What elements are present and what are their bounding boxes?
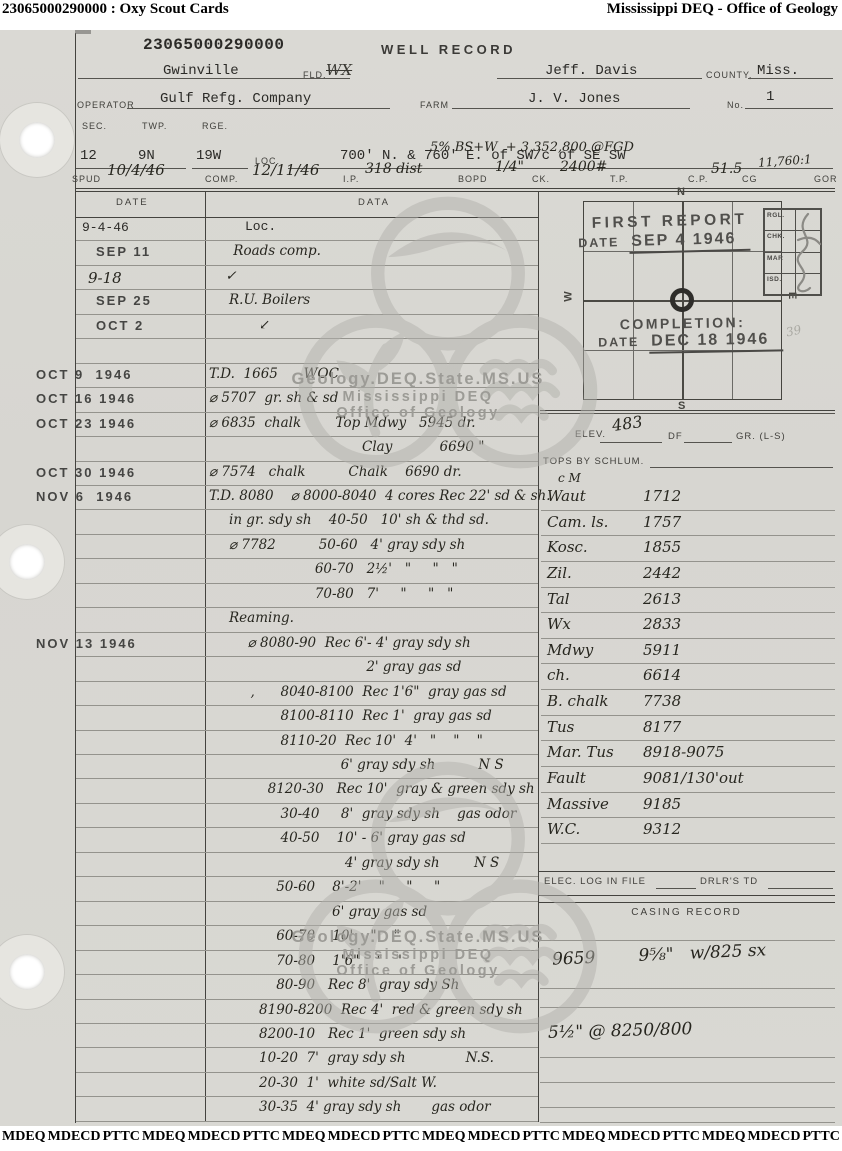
log-date	[76, 1048, 225, 1071]
formation-depth: 2833	[643, 613, 681, 638]
formation-depth: 8177	[643, 716, 681, 741]
log-row: 8190-8200 Rec 4' red & green sdy sh	[76, 1000, 538, 1024]
log-row: , 8040-8100 Rec 1'6" gray gas sd	[76, 682, 538, 706]
log-date	[76, 902, 225, 925]
formation-name: B. chalk	[541, 690, 643, 715]
bopd-label: BOPD	[458, 174, 488, 184]
field-value: Gwinville	[163, 63, 239, 79]
comp-label: COMP.	[205, 174, 238, 184]
tops-row: Mdwy5911	[541, 639, 835, 665]
formation-depth: 6614	[643, 664, 681, 689]
gr-label: GR. (L-S)	[736, 431, 786, 442]
footer-item: PTTC	[383, 1129, 420, 1145]
hole-punch	[0, 102, 75, 178]
footer-item: MDEQ	[562, 1129, 606, 1145]
log-entry: 6' gray sdy sh N S	[225, 755, 538, 778]
pencil-note: 39	[785, 323, 803, 340]
log-date	[76, 682, 225, 705]
log-entry: R.U. Boilers	[225, 290, 538, 313]
log-row: 40-50 10' - 6' gray gas sd	[76, 828, 538, 852]
log-date	[76, 853, 225, 876]
date-column-header: DATE	[116, 197, 149, 208]
formation-depth: 5911	[643, 639, 681, 664]
footer-item: MDEQ	[282, 1129, 326, 1145]
cg-label: CG	[742, 174, 758, 184]
rule	[78, 78, 350, 79]
log-date	[76, 706, 225, 729]
first-report-date: SEP 4 1946	[629, 230, 751, 254]
log-row: OCT 30 1946⌀ 7574 chalk Chalk 6690 dr.	[76, 462, 538, 486]
rule	[650, 467, 833, 468]
gor-label: GOR	[814, 174, 838, 184]
log-entry: 20-30 1' white sd/Salt W.	[225, 1073, 538, 1096]
log-entry: 60-70 10' " "	[225, 926, 538, 949]
casing-entry: 5½" @ 8250/800	[548, 1019, 693, 1043]
log-entry: ⌀ 8080-90 Rec 6'- 4' gray sdy sh	[205, 633, 538, 656]
log-date	[76, 1024, 225, 1047]
log-row: 60-70 2½' " " "	[76, 559, 538, 583]
log-entry: ⌀ 7574 chalk Chalk 6690 dr.	[205, 462, 538, 485]
formation-depth: 9081/130'out	[643, 767, 744, 792]
viewer-header-left: 23065000290000 : Oxy Scout Cards	[2, 1, 229, 18]
log-row	[76, 339, 538, 363]
hole-punch	[0, 934, 65, 1010]
rule	[192, 168, 248, 169]
rule	[540, 940, 835, 941]
production-note: 5% BS+W + 3,352,800 @FGD	[430, 140, 634, 155]
log-entry: ✓	[217, 266, 538, 289]
log-entry: 80-90 Rec 8' gray sdy Sh	[225, 975, 538, 998]
log-row: 8110-20 Rec 10' 4' " " "	[76, 731, 538, 755]
compass-n: N	[677, 186, 686, 198]
rule	[684, 442, 732, 443]
log-entry: 8200-10 Rec 1' green sdy sh	[225, 1024, 538, 1047]
log-entry: 30-40 8' gray sdy sh gas odor	[225, 804, 538, 827]
bopd-value: 1/4"	[495, 159, 524, 175]
farm-value: J. V. Jones	[528, 91, 620, 107]
log-row: OCT 16 1946⌀ 5707 gr. sh & sd	[76, 388, 538, 412]
log-entry: , 8040-8100 Rec 1'6" gray gas sd	[225, 682, 538, 705]
tops-row: Zil.2442	[541, 562, 835, 588]
rule	[127, 108, 390, 109]
sec-value: 12	[80, 148, 97, 164]
tops-header: TOPS BY SCHLUM.	[543, 456, 644, 467]
tops-row: Tal2613	[541, 588, 835, 614]
completion-stamp: COMPLETION: DATE DEC 18 1946	[598, 313, 784, 354]
ip-value: 318 dist	[365, 161, 422, 177]
footer-item: MDECD	[328, 1129, 381, 1145]
log-row: SEP 11 Roads comp.	[76, 241, 538, 265]
formation-name: Kosc.	[541, 536, 643, 561]
panel-rule	[538, 871, 835, 872]
log-date: 9-4-46	[76, 217, 211, 240]
log-entry: ⌀ 6835 chalk Top Mdwy 5945 dr.	[205, 413, 538, 436]
tops-row: W.C.9312	[541, 818, 835, 844]
footer-item: PTTC	[243, 1129, 280, 1145]
log-entry: 2' gray gas sd	[225, 657, 538, 680]
formation-depth: 1855	[643, 536, 681, 561]
log-row: 30-40 8' gray sdy sh gas odor	[76, 804, 538, 828]
footer-item: PTTC	[803, 1129, 840, 1145]
log-row: 6' gray gas sd	[76, 902, 538, 926]
completion-title: COMPLETION:	[620, 313, 783, 332]
log-row: 9-4-46Loc.	[76, 217, 538, 241]
footer-item: MDECD	[188, 1129, 241, 1145]
well-number: 23065000290000	[143, 36, 284, 54]
log-row: 70-80 1'6" " "	[76, 951, 538, 975]
rge-value: 19W	[196, 148, 221, 164]
log-date	[76, 559, 225, 582]
log-date	[76, 779, 225, 802]
log-row: 9-18 ✓	[76, 266, 538, 290]
elev-label: ELEV.	[575, 429, 606, 440]
tops-row: Wx2833	[541, 613, 835, 639]
tops-row: B. chalk7738	[541, 690, 835, 716]
log-date	[76, 951, 225, 974]
tops-row: Tus8177	[541, 716, 835, 742]
log-entry: 8190-8200 Rec 4' red & green sdy sh	[225, 1000, 538, 1023]
log-entry: 10-20 7' gray sdy sh N.S.	[225, 1048, 538, 1071]
log-row: SEP 25R.U. Boilers	[76, 290, 538, 314]
formation-name: Tus	[541, 716, 643, 741]
elec-log-label: ELEC. LOG IN FILE	[544, 876, 646, 887]
tp-label: T.P.	[610, 174, 628, 184]
log-rows: 9-4-46Loc.SEP 11 Roads comp.9-18 ✓SEP 25…	[76, 217, 538, 1122]
elev-value: 483	[611, 412, 644, 435]
tops-row: Massive9185	[541, 793, 835, 819]
formation-name: Wx	[541, 613, 643, 638]
log-entry: 70-80 1'6" " "	[225, 951, 538, 974]
log-row: OCT 9 1946T.D. 1665 WOC	[76, 364, 538, 388]
sec-label: SEC.	[82, 121, 107, 131]
well-no-value: 1	[766, 89, 774, 105]
tops-row: Fault9081/130'out	[541, 767, 835, 793]
footer-item: PTTC	[663, 1129, 700, 1145]
log-date	[76, 657, 225, 680]
log-date	[76, 584, 225, 607]
footer-item: PTTC	[103, 1129, 140, 1145]
drlrs-td-label: DRLR'S TD	[700, 876, 758, 887]
log-date: NOV 13 1946	[36, 633, 205, 656]
completion-date-label: DATE	[598, 335, 639, 350]
ip-label: I.P.	[343, 174, 359, 184]
log-entry: ⌀ 5707 gr. sh & sd	[205, 388, 538, 411]
footer-item: PTTC	[523, 1129, 560, 1145]
log-row: in gr. sdy sh 40-50 10' sh & thd sd.	[76, 510, 538, 534]
log-date	[76, 731, 225, 754]
tops-annotation: c M	[558, 471, 581, 485]
log-date	[76, 1000, 225, 1023]
formation-depth: 2442	[643, 562, 681, 587]
log-date	[76, 1073, 225, 1096]
spud-value: 10/4/46	[107, 161, 165, 179]
viewer-header-right: Mississippi DEQ - Office of Geology	[607, 1, 838, 18]
formation-name: Mdwy	[541, 639, 643, 664]
log-row: ⌀ 7782 50-60 4' gray sdy sh	[76, 535, 538, 559]
log-entry: Clay 6690 "	[225, 437, 538, 460]
log-date: NOV 6 1946	[36, 486, 205, 509]
log-date	[76, 339, 225, 362]
scanned-well-record-page: 23065000290000 : Oxy Scout Cards Mississ…	[0, 0, 842, 1151]
log-date	[76, 437, 225, 460]
rule	[540, 1057, 835, 1058]
table-top-rule	[75, 191, 835, 192]
hole-punch-hole	[9, 954, 45, 990]
county-label: COUNTY,	[706, 70, 752, 80]
scan-paper: 23065000290000 WELL RECORD Gwinville FLD…	[0, 30, 842, 1126]
rule	[540, 1122, 835, 1123]
df-label: DF	[668, 431, 683, 442]
compass-w: W	[563, 290, 575, 301]
log-row: OCT 23 1946⌀ 6835 chalk Top Mdwy 5945 dr…	[76, 413, 538, 437]
well-location-symbol	[670, 288, 694, 312]
log-entry: in gr. sdy sh 40-50 10' sh & thd sd.	[225, 510, 538, 533]
log-date	[76, 877, 225, 900]
formation-name: Tal	[541, 588, 643, 613]
formation-depth: 2613	[643, 588, 681, 613]
log-row: NOV 13 1946 ⌀ 8080-90 Rec 6'- 4' gray sd…	[76, 633, 538, 657]
data-panel-divider	[538, 191, 539, 1122]
tops-row: Waut1712	[541, 485, 835, 511]
casing-record-header: CASING RECORD	[538, 907, 835, 918]
footer-item: MDECD	[468, 1129, 521, 1145]
completion-date: DEC 18 1946	[649, 330, 783, 353]
spud-label: SPUD	[72, 174, 101, 184]
log-entry: 30-35 4' gray sdy sh gas odor	[225, 1097, 538, 1120]
log-date	[76, 926, 225, 949]
rge-label: RGE.	[202, 121, 228, 131]
cp-label: C.P.	[688, 174, 708, 184]
rule	[540, 1007, 835, 1008]
panel-rule	[540, 413, 835, 414]
log-date	[76, 804, 225, 827]
cp-value: 51.5	[711, 161, 742, 177]
formation-depth: 1712	[643, 485, 681, 510]
log-date	[76, 535, 225, 558]
log-row: 8200-10 Rec 1' green sdy sh	[76, 1024, 538, 1048]
log-date: SEP 11	[76, 241, 225, 264]
rule	[745, 108, 833, 109]
log-entry: 8110-20 Rec 10' 4' " " "	[225, 731, 538, 754]
formation-depth: 9312	[643, 818, 681, 843]
log-row: 20-30 1' white sd/Salt W.	[76, 1073, 538, 1097]
county-value: Jeff. Davis	[545, 63, 637, 79]
log-entry: Roads comp.	[225, 241, 538, 264]
log-row: 8100-8110 Rec 1' gray gas sd	[76, 706, 538, 730]
formation-name: ch.	[541, 664, 643, 689]
log-entry: T.D. 8080 ⌀ 8000-8040 4 cores Rec 22' sd…	[205, 486, 551, 509]
log-row: 2' gray gas sd	[76, 657, 538, 681]
casing-entry: 9659 9⅝" w/825 sx	[552, 940, 767, 969]
tops-row: Kosc.1855	[541, 536, 835, 562]
hole-punch-hole	[9, 544, 45, 580]
log-row: 8120-30 Rec 10' gray & green sdy sh	[76, 779, 538, 803]
viewer-header: 23065000290000 : Oxy Scout Cards Mississ…	[2, 1, 838, 18]
log-date	[76, 755, 225, 778]
twp-label: TWP.	[142, 121, 167, 131]
log-entry: ⌀ 7782 50-60 4' gray sdy sh	[225, 535, 538, 558]
hole-punch-hole	[19, 122, 55, 158]
panel-rule	[538, 895, 835, 896]
log-date: OCT 2	[76, 315, 225, 338]
formation-name: Fault	[541, 767, 643, 792]
log-date: OCT 23 1946	[36, 413, 205, 436]
rule	[540, 1082, 835, 1083]
log-row: 70-80 7' " " "	[76, 584, 538, 608]
log-row: Reaming.	[76, 608, 538, 632]
rule	[600, 442, 662, 443]
data-column-header: DATA	[358, 197, 390, 208]
panel-rule	[538, 902, 835, 903]
table-top-rule	[75, 188, 835, 189]
rule	[452, 108, 690, 109]
tops-list: Waut1712Cam. ls.1757Kosc.1855Zil.2442Tal…	[541, 485, 835, 844]
log-entry	[225, 339, 538, 362]
rule	[656, 888, 696, 889]
log-entry: 60-70 2½' " " "	[225, 559, 538, 582]
log-date	[76, 510, 225, 533]
formation-depth: 8918-9075	[643, 741, 724, 766]
log-row: 50-60 8'-2' " " "	[76, 877, 538, 901]
formation-depth: 7738	[643, 690, 681, 715]
log-entry: 8100-8110 Rec 1' gray gas sd	[225, 706, 538, 729]
footer-item: MDECD	[48, 1129, 101, 1145]
comp-value: 12/11/46	[252, 161, 319, 179]
formation-name: Mar. Tus	[541, 741, 643, 766]
log-entry: ↙	[225, 315, 538, 338]
rule	[748, 78, 833, 79]
log-entry: 70-80 7' " " "	[225, 584, 538, 607]
log-date	[76, 608, 225, 631]
log-entry: Loc.	[211, 217, 538, 240]
footer-item: MDECD	[608, 1129, 661, 1145]
operator-value: Gulf Refg. Company	[160, 91, 311, 107]
formation-name: Cam. ls.	[541, 511, 643, 536]
field-strike-note: WX	[326, 61, 352, 79]
first-report-stamp: FIRST REPORT DATE SEP 4 1946	[578, 211, 751, 255]
log-entry: T.D. 1665 WOC	[205, 364, 538, 387]
viewer-footer: MDEQMDECDPTTCMDEQMDECDPTTCMDEQMDECDPTTCM…	[2, 1129, 840, 1145]
log-date: 9-18	[76, 266, 217, 289]
rule	[540, 1107, 835, 1108]
state-value: Miss.	[757, 63, 799, 79]
ck-label: CK.	[532, 174, 550, 184]
footer-item: MDEQ	[422, 1129, 466, 1145]
formation-name: Zil.	[541, 562, 643, 587]
tops-row: ch.6614	[541, 664, 835, 690]
first-report-date-label: DATE	[578, 235, 619, 250]
farm-label: FARM	[420, 100, 449, 110]
scan-edge-smudge	[75, 30, 91, 34]
log-entry: 8120-30 Rec 10' gray & green sdy sh	[225, 779, 538, 802]
log-date	[76, 828, 225, 851]
footer-item: MDEQ	[702, 1129, 746, 1145]
panel-rule	[540, 410, 835, 411]
footer-item: MDEQ	[2, 1129, 46, 1145]
rule	[497, 78, 702, 79]
formation-name: Massive	[541, 793, 643, 818]
footer-item: MDEQ	[142, 1129, 186, 1145]
footer-item: MDECD	[748, 1129, 801, 1145]
log-date: OCT 9 1946	[36, 364, 205, 387]
log-entry: 50-60 8'-2' " " "	[225, 877, 538, 900]
rule	[540, 988, 835, 989]
hole-punch	[0, 524, 65, 600]
formation-depth: 9185	[643, 793, 681, 818]
log-row: NOV 6 1946T.D. 8080 ⌀ 8000-8040 4 cores …	[76, 486, 538, 510]
review-signature	[778, 210, 830, 298]
rule	[768, 888, 833, 889]
log-date: OCT 30 1946	[36, 462, 205, 485]
tops-row: Cam. ls.1757	[541, 511, 835, 537]
ck-value: 2400#	[560, 159, 607, 175]
log-date	[76, 975, 225, 998]
log-row: OCT 2 ↙	[76, 315, 538, 339]
tops-row: Mar. Tus8918-9075	[541, 741, 835, 767]
log-date: OCT 16 1946	[36, 388, 205, 411]
log-row: 4' gray sdy sh N S	[76, 853, 538, 877]
log-entry: Reaming.	[225, 608, 538, 631]
log-row: 6' gray sdy sh N S	[76, 755, 538, 779]
formation-depth: 1757	[643, 511, 681, 536]
log-row: 80-90 Rec 8' gray sdy Sh	[76, 975, 538, 999]
log-row: 60-70 10' " "	[76, 926, 538, 950]
log-date	[76, 1097, 225, 1120]
card-title: WELL RECORD	[381, 42, 516, 57]
log-entry: 40-50 10' - 6' gray gas sd	[225, 828, 538, 851]
formation-name: Waut	[541, 485, 643, 510]
log-date: SEP 25	[76, 290, 225, 313]
well-no-label: No.	[727, 100, 744, 110]
log-row: 10-20 7' gray sdy sh N.S.	[76, 1048, 538, 1072]
log-entry: 4' gray sdy sh N S	[225, 853, 538, 876]
log-entry: 6' gray gas sd	[225, 902, 538, 925]
log-row: Clay 6690 "	[76, 437, 538, 461]
log-row: 30-35 4' gray sdy sh gas odor	[76, 1097, 538, 1121]
formation-name: W.C.	[541, 818, 643, 843]
